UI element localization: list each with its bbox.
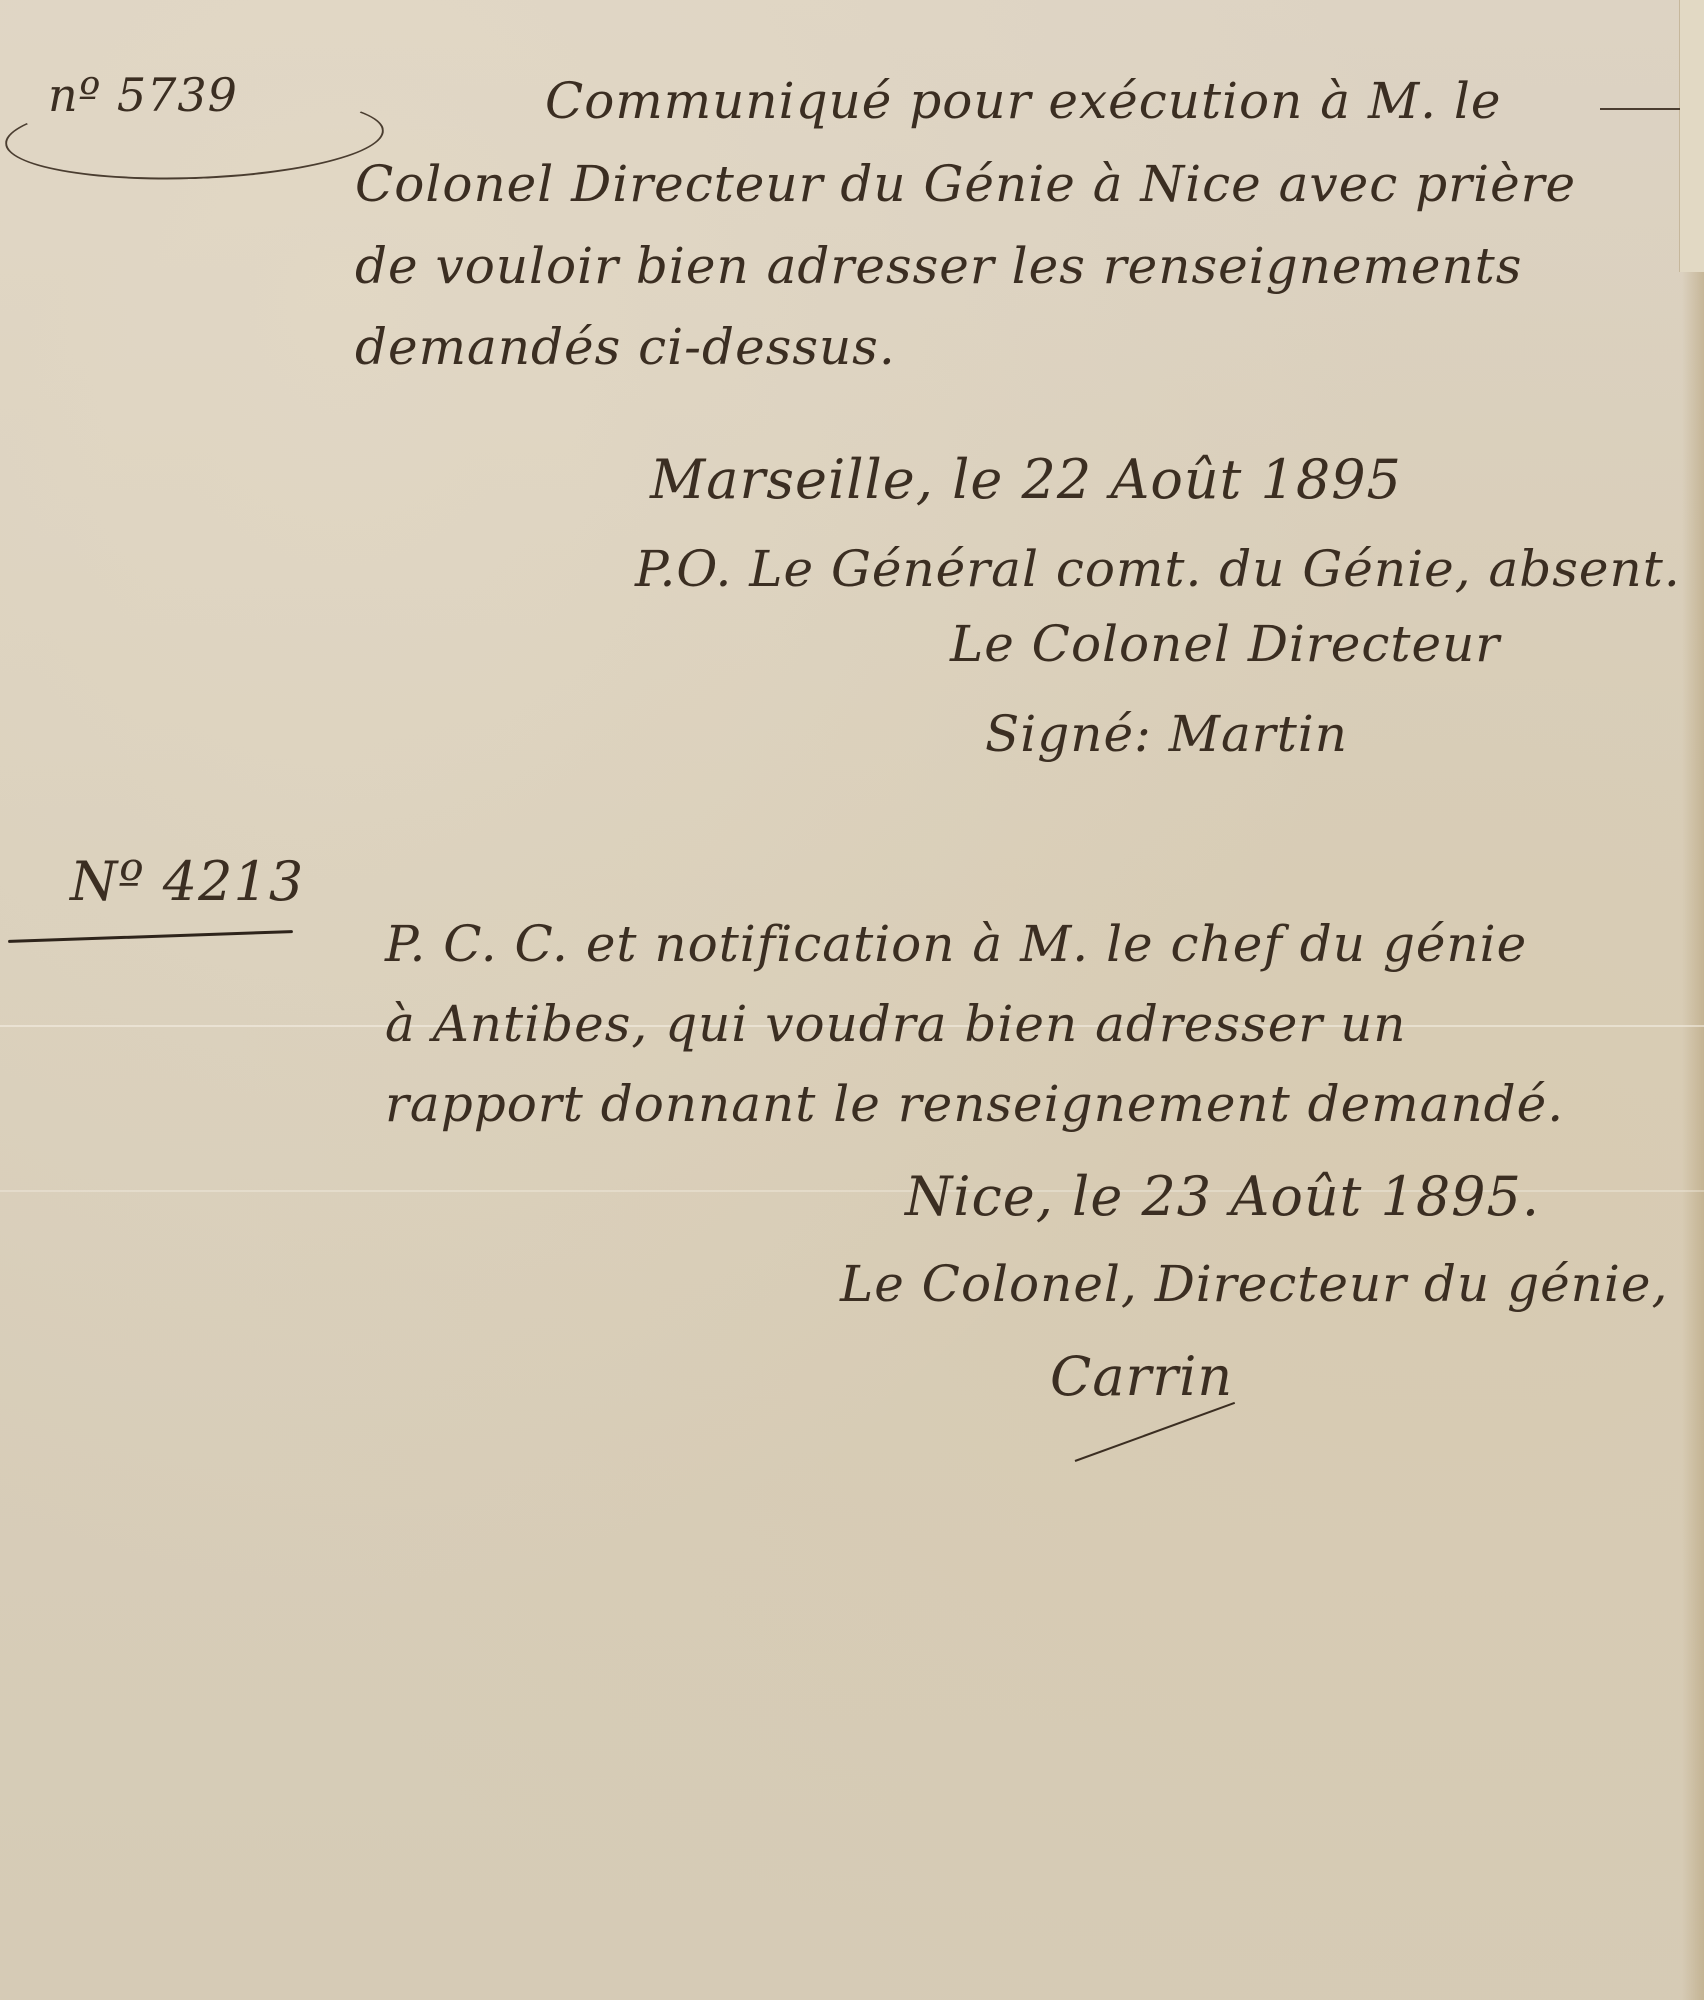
paper-corner-patch	[1679, 0, 1704, 272]
body-line: P. C. C. et notification à M. le chef du…	[385, 915, 1527, 973]
document-page: nº 5739 Communiqué pour exécution à M. l…	[0, 0, 1704, 2000]
signature-line: P.O. Le Général comt. du Génie, absent.	[635, 540, 1681, 598]
signature-line: Signé: Martin	[985, 705, 1348, 763]
body-line: Communiqué pour exécution à M. le	[545, 72, 1502, 130]
body-line: Colonel Directeur du Génie à Nice avec p…	[355, 155, 1576, 213]
signature-line: Le Colonel, Directeur du génie,	[840, 1255, 1668, 1313]
reference-underline	[8, 930, 293, 943]
reference-number: Nº 4213	[70, 850, 304, 913]
line-end-rule	[1600, 108, 1680, 110]
place-date: Marseille, le 22 Août 1895	[650, 448, 1402, 511]
place-date: Nice, le 23 Août 1895.	[905, 1165, 1540, 1228]
reference-number: nº 5739	[48, 68, 238, 122]
signature-flourish	[1075, 1402, 1235, 1462]
handwritten-signature: Carrin	[1050, 1345, 1233, 1408]
body-line: demandés ci-dessus.	[355, 318, 896, 376]
paper-right-edge	[1682, 272, 1704, 2000]
body-line: rapport donnant le renseignement demandé…	[385, 1075, 1564, 1133]
signature-line: Le Colonel Directeur	[950, 615, 1500, 673]
body-line: de vouloir bien adresser les renseigneme…	[355, 237, 1522, 295]
body-line: à Antibes, qui voudra bien adresser un	[385, 995, 1407, 1053]
